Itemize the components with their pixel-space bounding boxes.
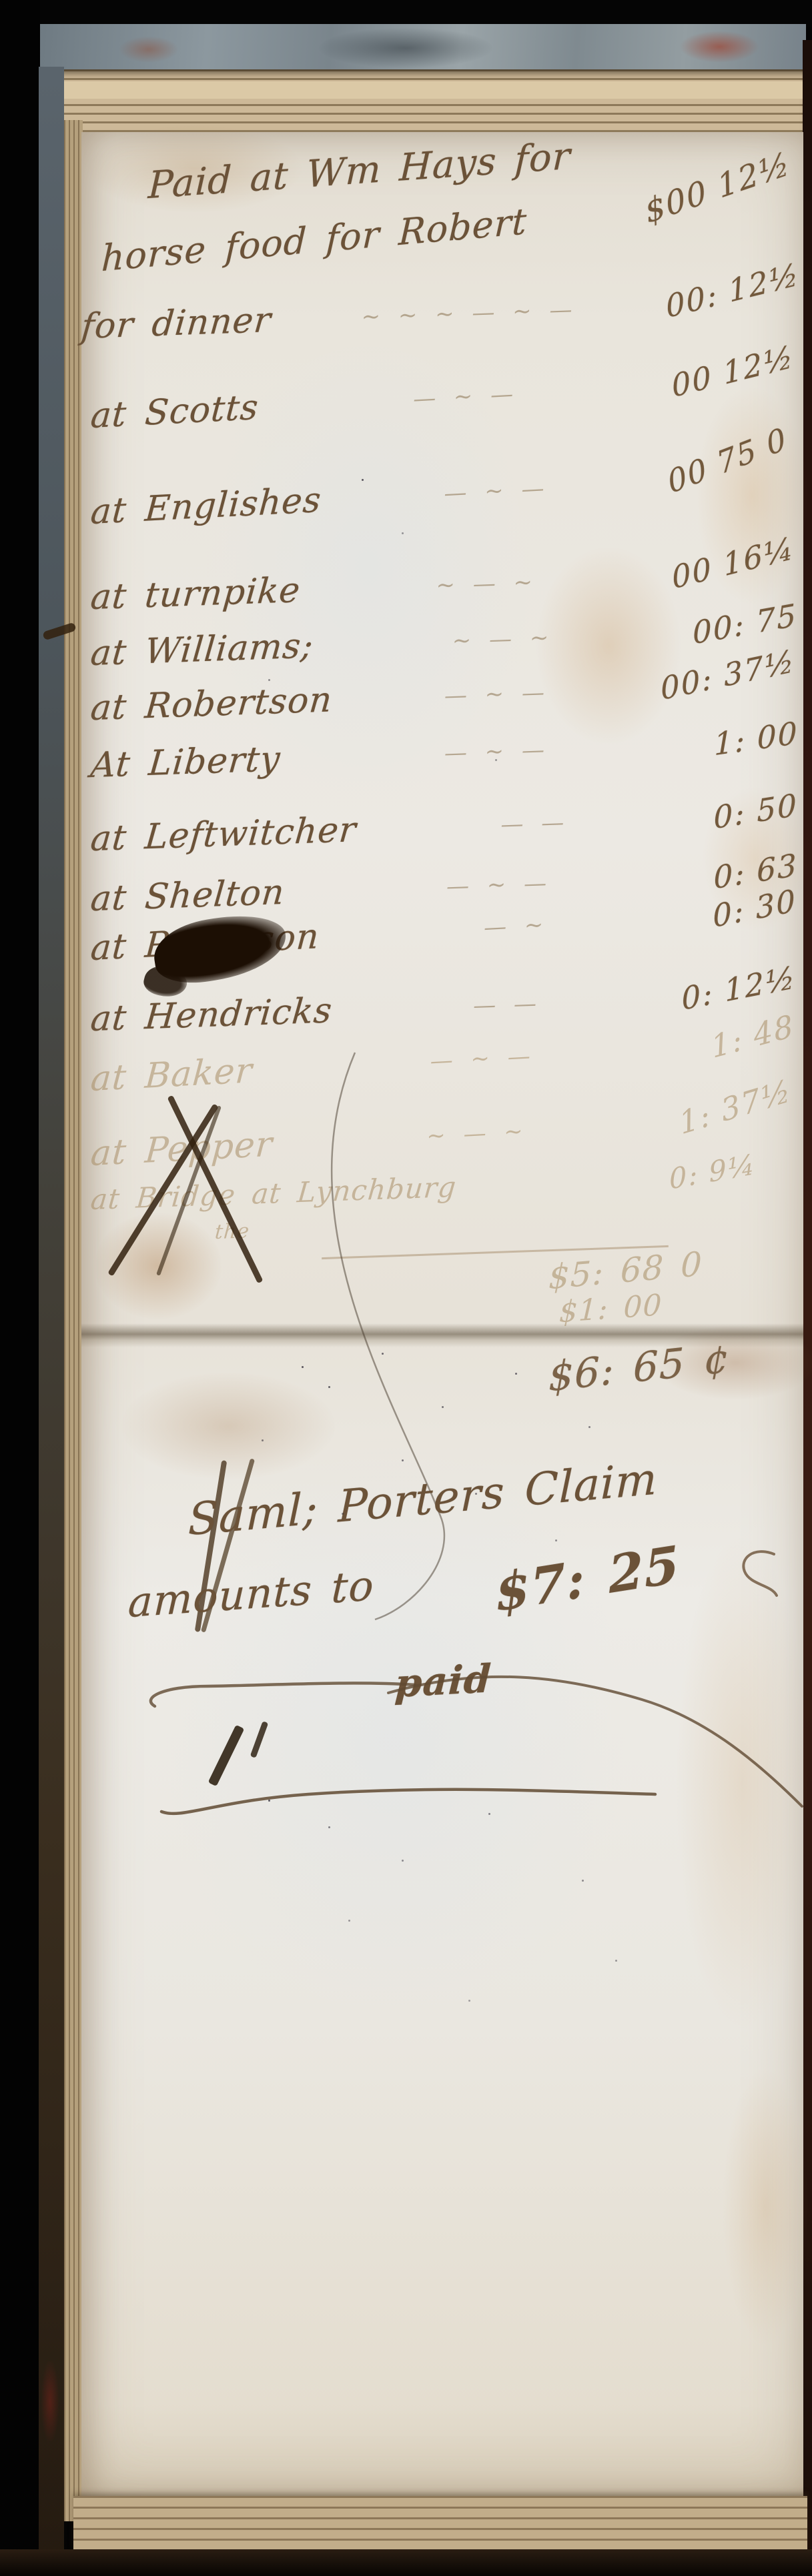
payee-name: At Liberty	[89, 739, 282, 786]
ledger-row: at Leftwitcher — — 0: 50	[90, 794, 799, 859]
cover-red-spot	[41, 2361, 59, 2441]
marble-dark-patch	[319, 28, 492, 68]
hair-strand	[242, 1053, 522, 1626]
backdrop-left	[0, 0, 40, 2576]
opening-line-2-amount: $00 12½	[641, 145, 793, 231]
dash-leader: ~ — ~	[452, 624, 554, 654]
backdrop-bottom	[0, 2549, 812, 2576]
page-edge-stack-left	[64, 120, 83, 2521]
marble-red-patch	[119, 36, 179, 63]
payee-name: at Hendricks	[89, 991, 334, 1039]
amount: 0: 9¼	[669, 1148, 757, 1196]
payee-name: at Williams;	[89, 626, 315, 674]
subtotal-amount: $5: 68 0	[548, 1245, 703, 1297]
opening-line-3-amount: 00: 12½	[664, 256, 801, 326]
stain	[722, 2066, 809, 2347]
payee-name: at Baker	[89, 1051, 254, 1099]
dash-leader: — ~ —	[444, 679, 550, 709]
dash-leader: — —	[472, 990, 542, 1019]
dust-speckles	[268, 1800, 270, 1802]
dash-leader: — ~ —	[412, 380, 519, 412]
page-edge-stack-bottom	[73, 2496, 807, 2552]
dust-speckles	[302, 1366, 304, 1368]
cover-edge-left	[39, 67, 64, 2576]
opening-line-2-text: horse food for Robert	[101, 200, 528, 279]
amount: 0: 50	[713, 786, 799, 836]
dash-leader: — ~ —	[444, 736, 550, 766]
amount: 1: 37½	[677, 1072, 794, 1142]
dash-leader: ~ — ~	[436, 569, 538, 599]
payee-name: at Leftwitcher	[89, 810, 358, 859]
payee-name: at turnpike	[89, 570, 302, 618]
payee-name: at Robertson	[89, 680, 334, 728]
amount: 1: 00	[714, 714, 799, 762]
payee-name: at Shelton	[89, 872, 286, 919]
amount: 00 12½	[669, 338, 795, 405]
dash-leader: — ~	[483, 911, 549, 941]
dash-leader: ~ ~ ~ — ~ —	[361, 296, 578, 330]
pen-curl	[727, 1546, 787, 1599]
backdrop-top	[0, 0, 812, 27]
ledger-photo: Paid at Wm Hays for horse food for Rober…	[0, 0, 812, 2576]
dust-speckles	[362, 479, 364, 481]
open-page-spread: Paid at Wm Hays for horse food for Rober…	[81, 132, 803, 2499]
dash-leader: — ~ —	[446, 870, 552, 900]
dash-leader: — —	[500, 809, 570, 838]
dash-leader: — ~ —	[443, 475, 550, 507]
amount: 0: 12½	[681, 958, 797, 1017]
marbled-cover-edge	[39, 24, 806, 72]
protruding-page-edge	[51, 81, 805, 99]
opening-line-3: for dinner ~ ~ ~ — ~ — 00: 12½	[81, 281, 805, 347]
marble-red-patch	[679, 31, 759, 63]
opening-line-3-text: for dinner	[79, 300, 273, 347]
